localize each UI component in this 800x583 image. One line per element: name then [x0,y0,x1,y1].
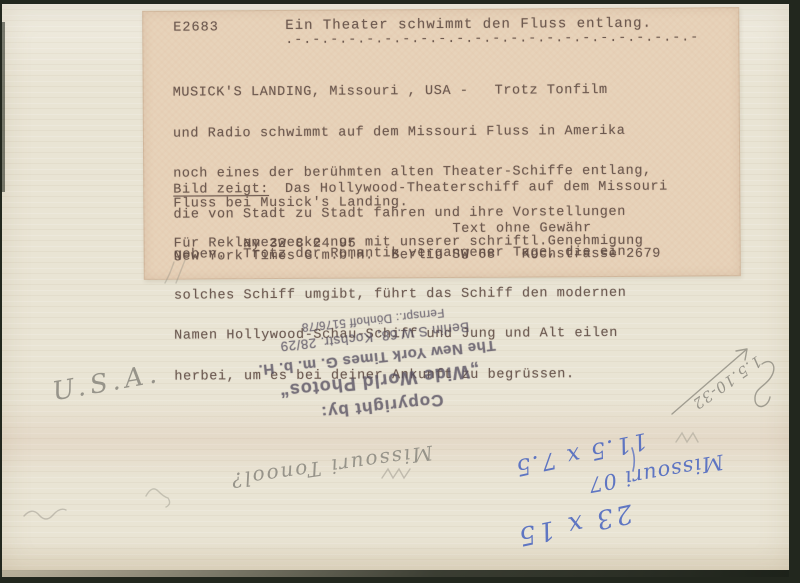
pencil-squiggle [24,509,66,519]
caption-body-line: MUSICK'S LANDING, Missouri , USA - Trotz… [173,84,652,100]
photo-back-paper: E2683 Ein Theater schwimmt den Fluss ent… [2,4,789,577]
photo-scan: E2683 Ein Theater schwimmt den Fluss ent… [0,0,800,583]
address-line: New York Times G.m.b.H. Berlin SW 68 Koc… [174,248,661,264]
handwritten-size-large: 23 x 15 [453,498,635,565]
bild-zeigt-text-2: Fluss bei Musick's Landing. [173,196,408,211]
handwritten-usa-note: U.S.A. [50,359,164,408]
scan-edge-bottom [2,570,789,577]
handwritten-pencil-note: Missouri Tonool? [154,441,435,504]
pencil-squiggle [676,433,698,442]
scan-edge-left [2,22,5,192]
title-underline: .-.-.-.-.-.-.-.-.-.-.-.-.-.-.-.-.-.-.-.-… [285,30,699,46]
bild-zeigt-text: Das Hollywood-Theaterschiff auf dem Miss… [285,180,668,197]
caption-body-line: noch eines der berühmten alten Theater-S… [173,165,652,181]
caption-body-line: und Radio schwimmt auf dem Missouri Flus… [173,124,652,140]
caption-label: E2683 Ein Theater schwimmt den Fluss ent… [142,7,741,280]
catalog-number: E2683 [173,21,219,35]
handwritten-date-note: 1.5.10-32 [665,352,765,430]
bild-zeigt-row: Bild zeigt:Das Hollywood-Theaterschiff a… [173,181,668,198]
